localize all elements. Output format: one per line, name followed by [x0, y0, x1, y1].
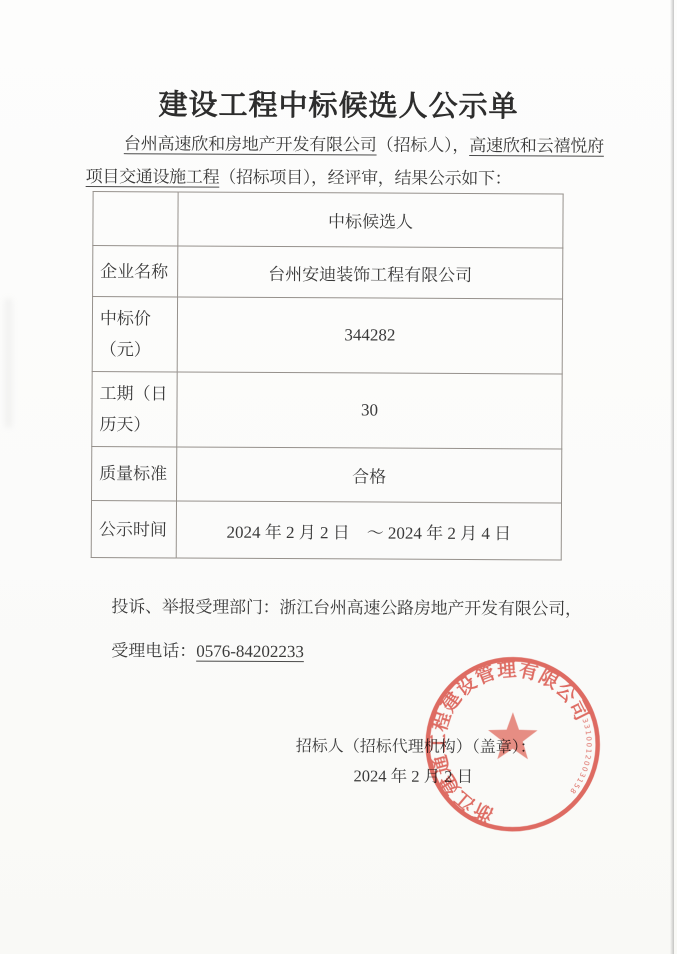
table-row: 工期（日 历天） 30 [92, 372, 562, 449]
row-label-quality: 质量标准 [92, 447, 177, 501]
scanned-announcement-page: 建设工程中标候选人公示单 台州高速欣和房地产开发有限公司（招标人），高速欣和云禧… [0, 0, 677, 954]
intro-paragraph: 台州高速欣和房地产开发有限公司（招标人），高速欣和云禧悦府项目交通设施工程（招标… [86, 127, 604, 196]
table-row: 质量标准 合格 [92, 447, 562, 503]
complaint-phone-label: 受理电话： [111, 641, 196, 660]
row-label-publicity-period: 公示时间 [91, 501, 176, 558]
row-value-company: 台州安迪装饰工程有限公司 [178, 246, 563, 299]
row-label-bid-price: 中标价 （元） [92, 297, 177, 372]
complaint-department-label: 投诉、举报受理部门： [111, 597, 279, 617]
row-label-duration: 工期（日 历天） [92, 372, 177, 447]
complaint-department-value: 浙江台州高速公路房地产开发有限公司， [279, 598, 582, 619]
table-header-cell: 中标候选人 [178, 192, 563, 248]
complaint-phone-number: 0576-84202233 [196, 642, 304, 662]
row-label-company: 企业名称 [93, 246, 178, 297]
scan-page-edge [670, 0, 674, 954]
project-suffix: （招标项目），经评审，结果公示如下： [219, 168, 511, 189]
complaint-department-line: 投诉、举报受理部门：浙江台州高速公路房地产开发有限公司， [111, 592, 582, 619]
table-row: 中标候选人 [93, 192, 563, 248]
document-content: 建设工程中标候选人公示单 台州高速欣和房地产开发有限公司（招标人），高速欣和云禧… [0, 0, 677, 954]
table-row: 企业名称 台州安迪装饰工程有限公司 [93, 246, 563, 299]
row-value-quality: 合格 [177, 447, 562, 503]
row-value-bid-price: 344282 [177, 297, 562, 374]
seal-star-icon [488, 712, 538, 759]
table-corner-cell [93, 192, 178, 246]
table-row: 中标价 （元） 344282 [92, 297, 562, 374]
table-row: 公示时间 2024 年 2 月 2 日 ～ 2024 年 2 月 4 日 [91, 501, 561, 560]
official-seal: 浙江建通工程建设管理有限公司 3310012003158 [417, 649, 608, 840]
row-value-publicity-period: 2024 年 2 月 2 日 ～ 2024 年 2 月 4 日 [176, 501, 561, 560]
page-title: 建设工程中标候选人公示单 [0, 82, 677, 127]
complaint-phone-line: 受理电话：0576-84202233 [111, 636, 304, 662]
bid-candidates-table: 中标候选人 企业名称 台州安迪装饰工程有限公司 中标价 （元） 344282 工… [91, 191, 564, 560]
bidder-company-underlined: 台州高速欣和房地产开发有限公司 [124, 134, 377, 154]
row-value-duration: 30 [177, 372, 562, 449]
bidder-suffix: （招标人）， [377, 136, 470, 155]
